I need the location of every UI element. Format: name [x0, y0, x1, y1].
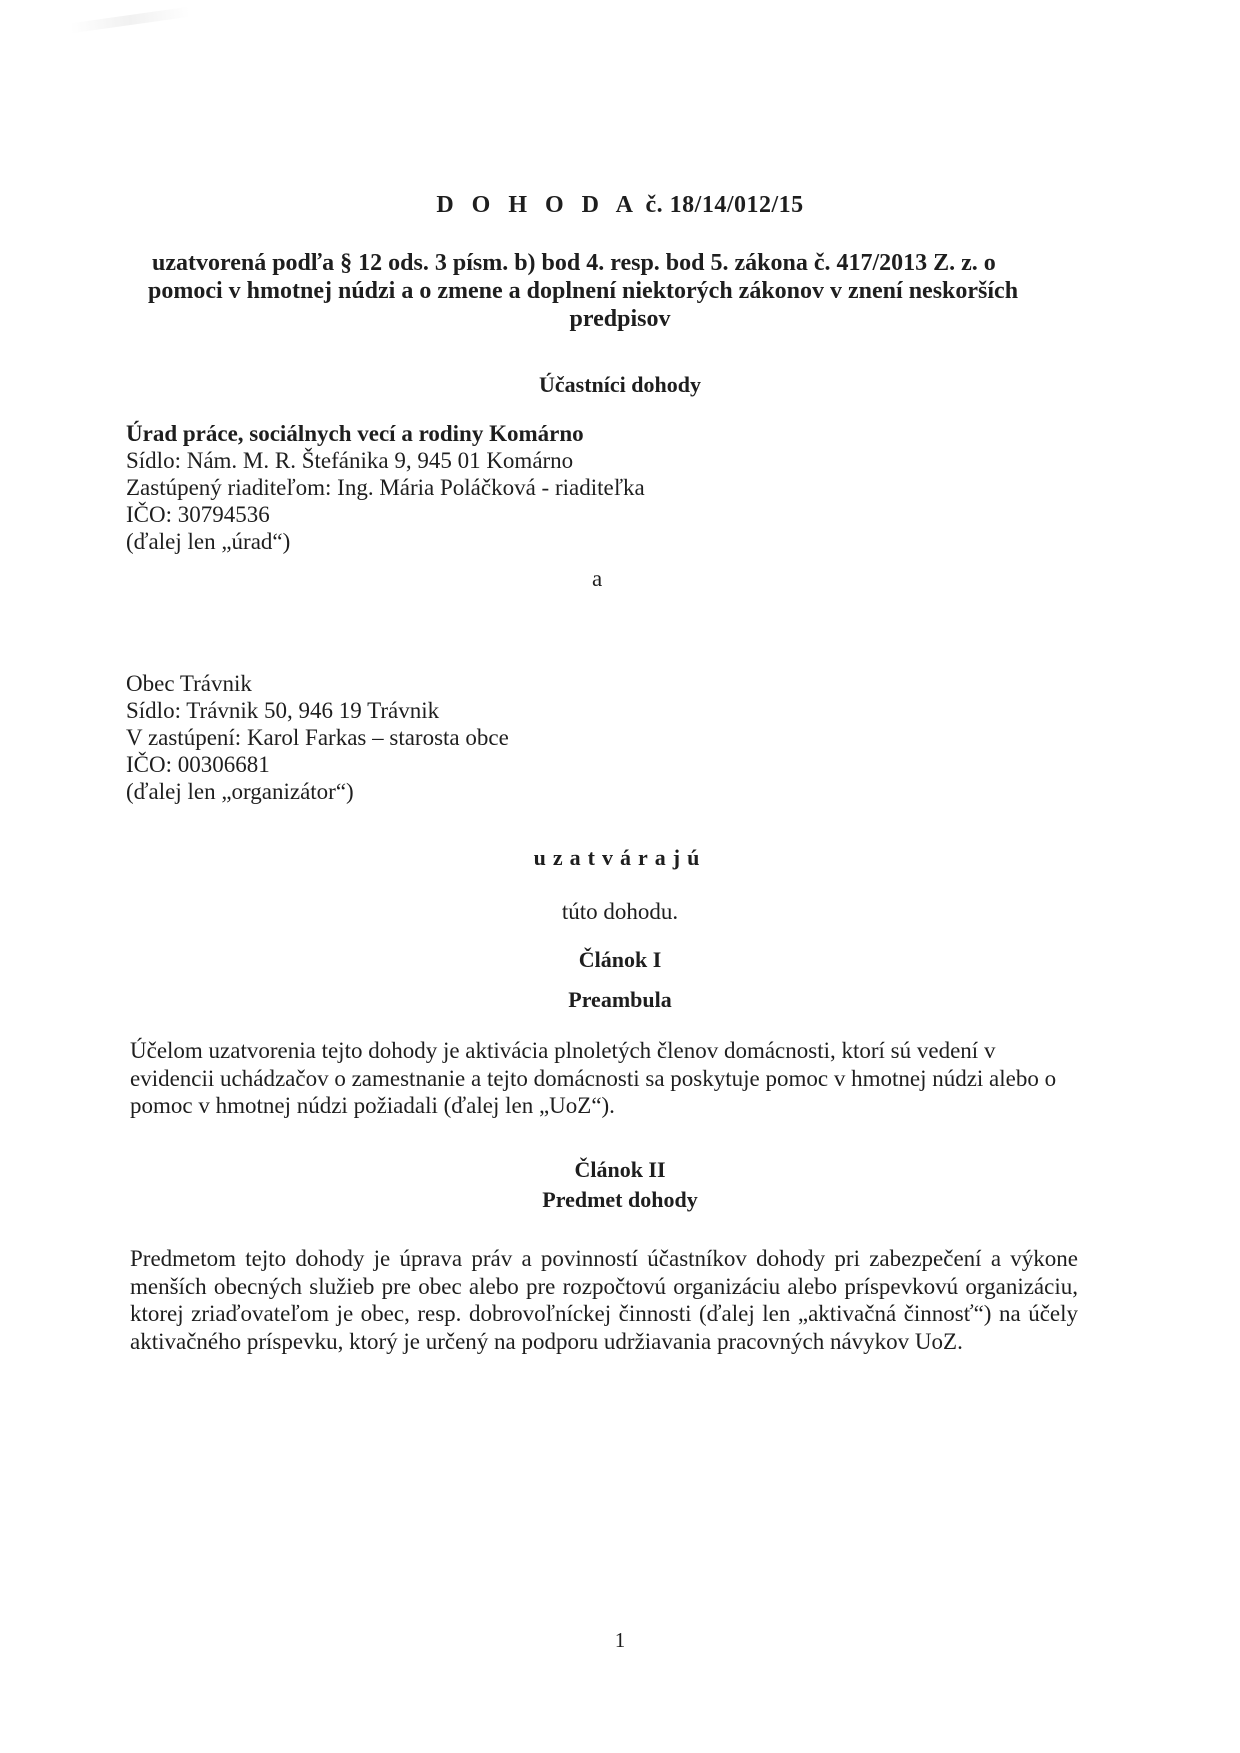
party1-address: Sídlo: Nám. M. R. Štefánika 9, 945 01 Ko…: [126, 448, 573, 474]
party-separator: a: [592, 566, 602, 592]
article-2-title: Predmet dohody: [0, 1187, 1240, 1213]
party1-ico: IČO: 30794536: [126, 502, 270, 528]
party2-address: Sídlo: Trávnik 50, 946 19 Trávnik: [126, 698, 439, 724]
scan-artifact: [70, 7, 190, 34]
article-1-text: Účelom uzatvorenia tejto dohody je aktiv…: [130, 1037, 1078, 1120]
party2-alias: (ďalej len „organizátor“): [126, 779, 354, 805]
intro-line-1: uzatvorená podľa § 12 ods. 3 písm. b) bo…: [152, 250, 996, 277]
conclude-word: uzatvárajú: [0, 845, 1240, 871]
party2-name: Obec Trávnik: [126, 671, 252, 697]
article-1-number: Článok I: [0, 947, 1240, 973]
intro-line-2: pomoci v hmotnej núdzi a o zmene a dopln…: [148, 278, 1018, 305]
article-1-title: Preambula: [0, 987, 1240, 1013]
title-word: D O H O D A: [436, 192, 639, 218]
party1-representative: Zastúpený riaditeľom: Ing. Mária Poláčko…: [126, 475, 645, 501]
agreement-number: č. 18/14/012/15: [646, 192, 804, 218]
intro-line-3: predpisov: [0, 306, 1240, 333]
party2-representative: V zastúpení: Karol Farkas – starosta obc…: [126, 725, 509, 751]
party1-name: Úrad práce, sociálnych vecí a rodiny Kom…: [126, 421, 584, 447]
document-title: D O H O D A č. 18/14/012/15: [0, 192, 1240, 219]
party2-ico: IČO: 00306681: [126, 752, 270, 778]
page-number: 1: [0, 1628, 1240, 1653]
participants-heading: Účastníci dohody: [0, 372, 1240, 398]
article-2-number: Článok II: [0, 1157, 1240, 1183]
article-2-text: Predmetom tejto dohody je úprava práv a …: [130, 1245, 1078, 1355]
conclude-text: túto dohodu.: [0, 899, 1240, 925]
party1-alias: (ďalej len „úrad“): [126, 529, 290, 555]
